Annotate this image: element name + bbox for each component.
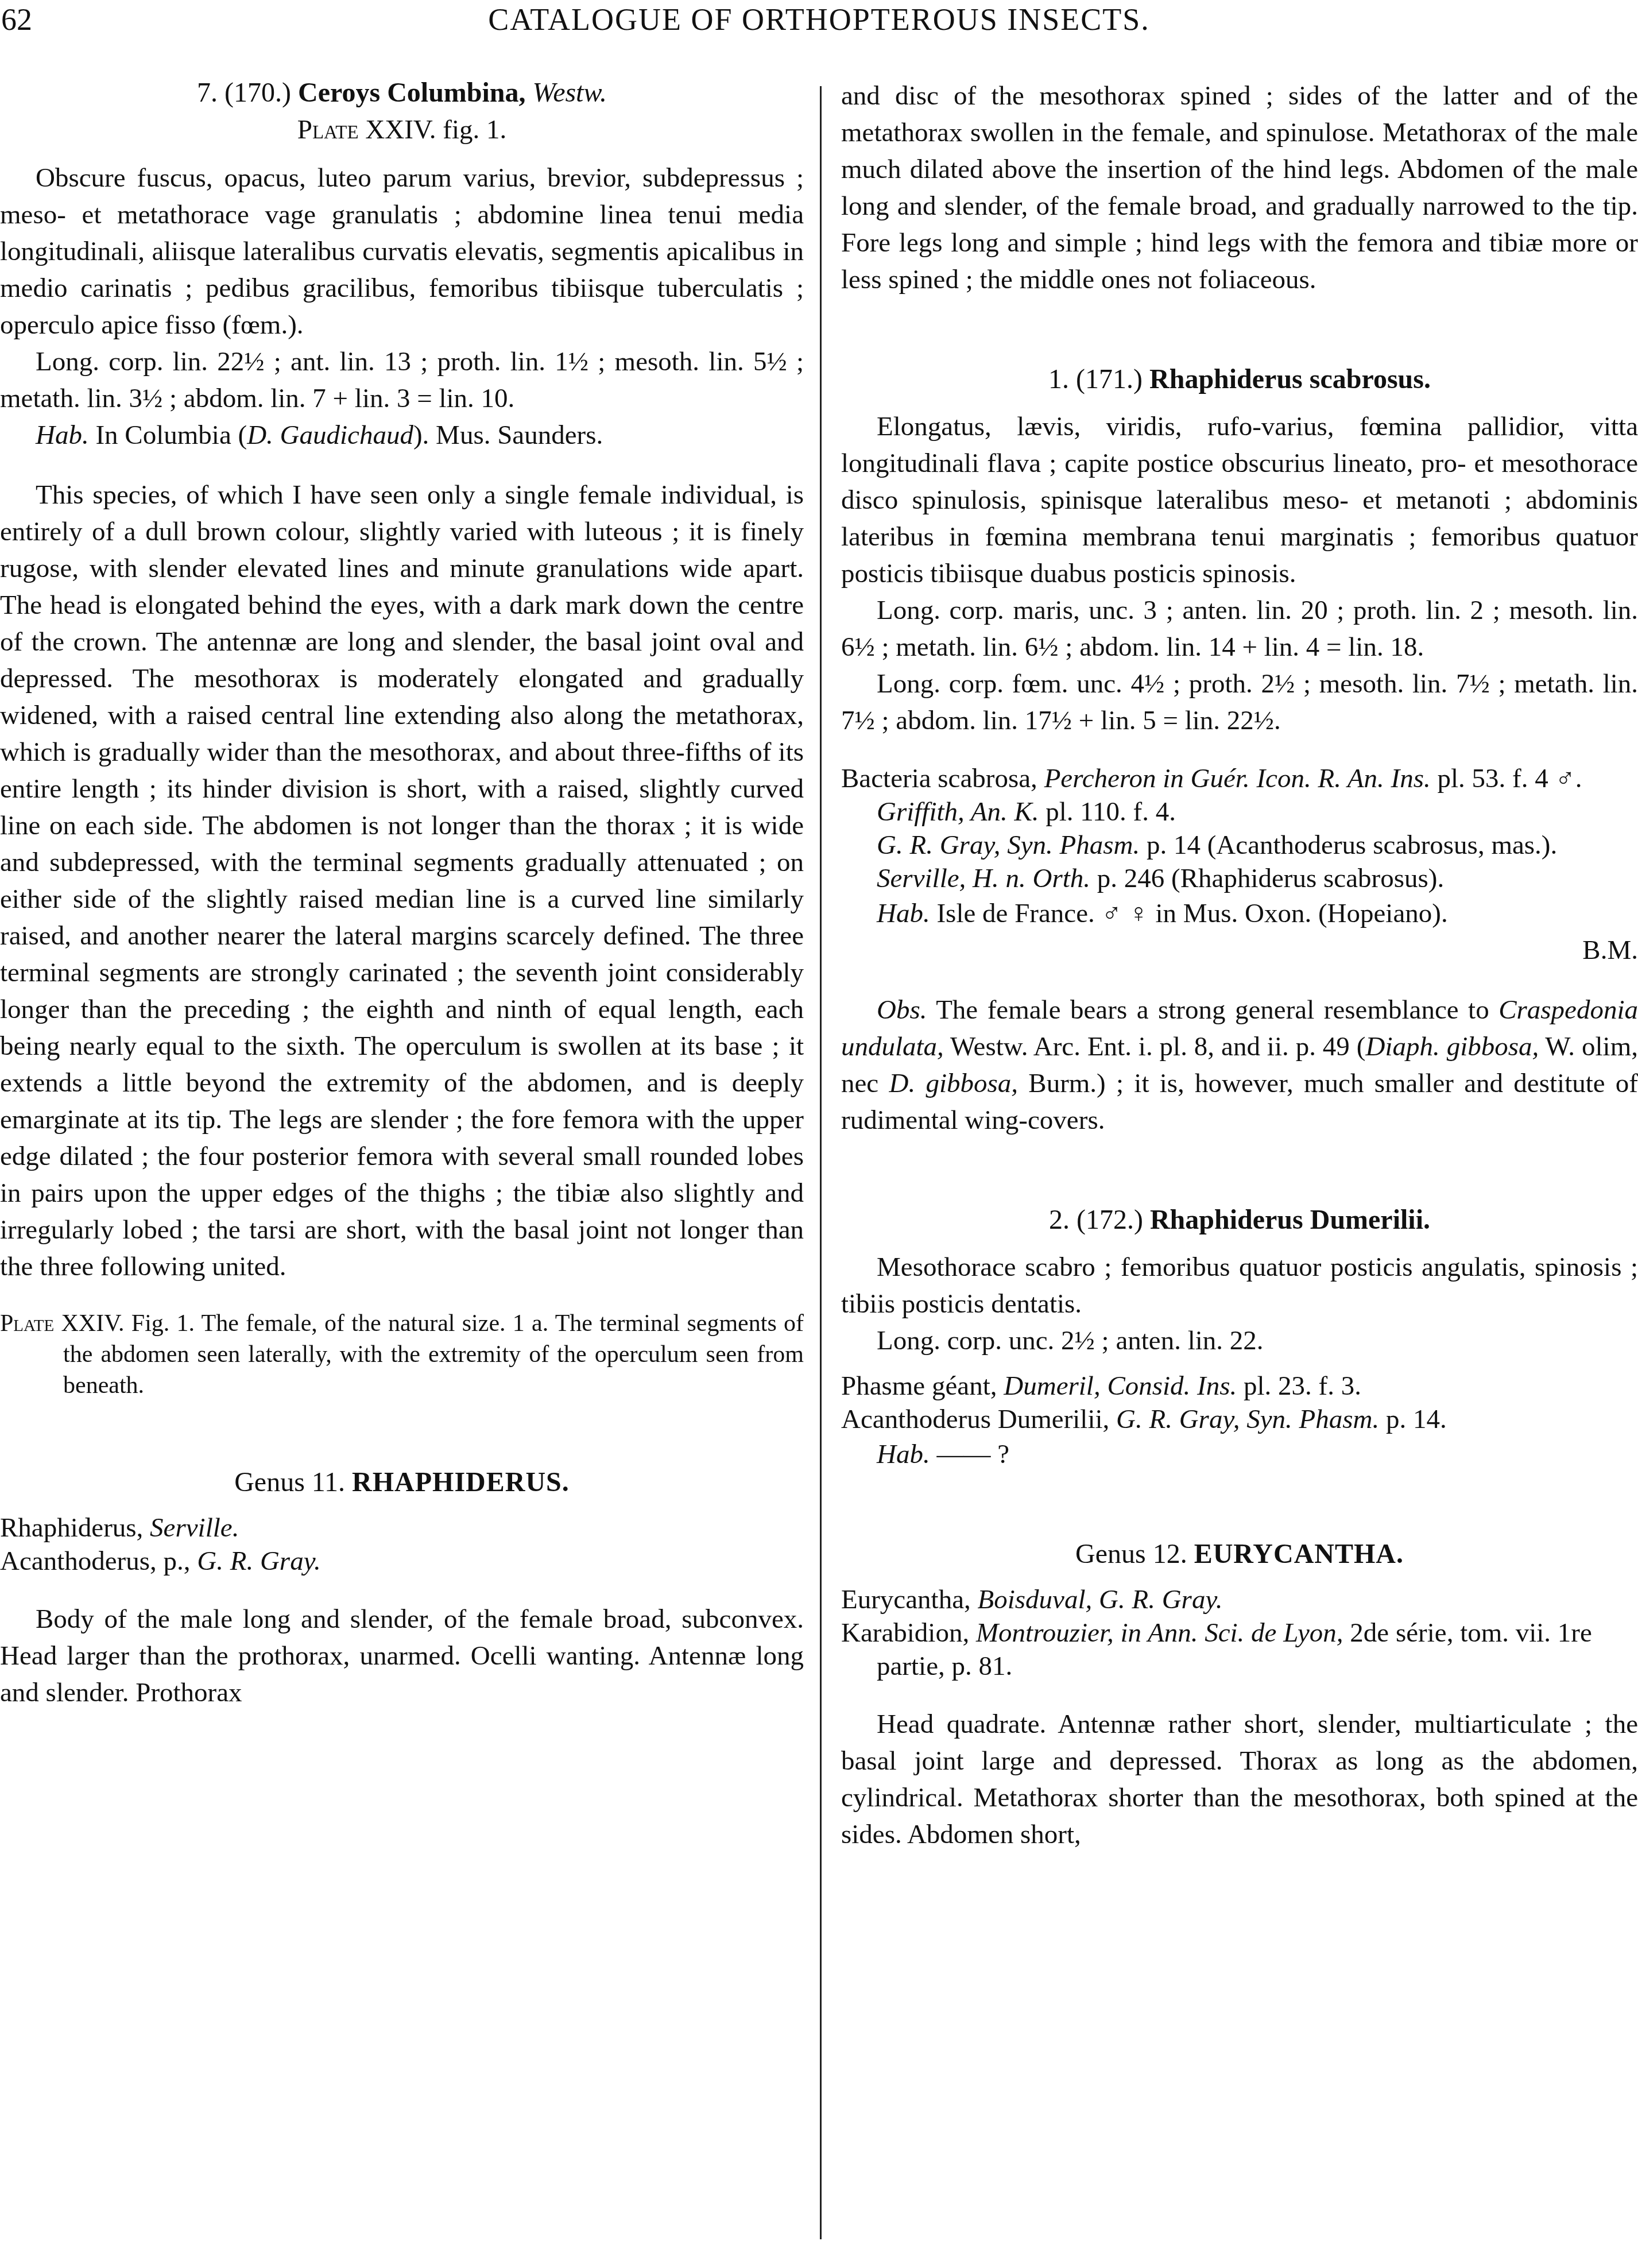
synonym-line: Rhaphiderus, Serville. [0, 1511, 804, 1545]
species-172-heading: 2. (172.) Rhaphiderus Dumerilii. [841, 1202, 1638, 1239]
synonym-ref: Serville, H. n. Orth. [877, 864, 1090, 893]
species-170-heading: 7. (170.) Ceroys Columbina, Westw. [0, 75, 804, 111]
obs-text: The female bears a strong general resemb… [936, 995, 1489, 1025]
species-author: Westw. [533, 78, 607, 108]
synonym-line: Griffith, An. K. pl. 110. f. 4. [841, 795, 1638, 829]
synonym-author: G. R. Gray. [197, 1546, 320, 1576]
genus-description: Body of the male long and slender, of th… [0, 1601, 804, 1711]
plate-reference: Plate XXIV. fig. 1. [0, 111, 804, 148]
measurements-male: Long. corp. maris, unc. 3 ; anten. lin. … [841, 592, 1638, 665]
genus-description: Head quadrate. Antennæ rather short, sle… [841, 1706, 1638, 1853]
synonym-author: Serville. [150, 1513, 239, 1543]
latin-description: Mesothorace scabro ; femoribus quatuor p… [841, 1249, 1638, 1322]
habitat-label: Hab. [36, 420, 89, 450]
species-171-heading: 1. (171.) Rhaphiderus scabrosus. [841, 361, 1638, 398]
synonym-ref: Dumeril, Consid. Ins. [1004, 1371, 1237, 1401]
synonym-name: Phasme géant, [841, 1371, 997, 1401]
synonym-line: G. R. Gray, Syn. Phasm. p. 14 (Acanthode… [841, 829, 1638, 862]
running-head: CATALOGUE OF ORTHOPTEROUS INSECTS. [0, 2, 1638, 37]
habitat: Hab. In Columbia (D. Gaudichaud). Mus. S… [0, 417, 804, 454]
habitat-label: Hab. [877, 899, 930, 928]
synonym-ref: G. R. Gray, Syn. Phasm. [1116, 1404, 1379, 1434]
genus-12-heading: Genus 12. EURYCANTHA. [841, 1536, 1638, 1573]
species-name: Ceroys Columbina, [298, 78, 526, 108]
genus-description-continued: and disc of the mesothorax spined ; side… [841, 78, 1638, 298]
synonym-line: Phasme géant, Dumeril, Consid. Ins. pl. … [841, 1369, 1638, 1403]
observation: Obs. The female bears a strong general r… [841, 992, 1638, 1139]
species-number: 1. (171.) [1048, 364, 1143, 394]
description-paragraph: This species, of which I have seen only … [0, 477, 804, 1285]
synonym-line: Eurycantha, Boisduval, G. R. Gray. [841, 1583, 1638, 1616]
synonym-tail: pl. 110. f. 4. [1045, 797, 1176, 827]
synonym-line: Serville, H. n. Orth. p. 246 (Rhaphideru… [841, 862, 1638, 895]
genus-11-heading: Genus 11. RHAPHIDERUS. [0, 1464, 804, 1501]
obs-synonym: Diaph. gibbosa, [1365, 1032, 1539, 1062]
plate-caption-label: Plate [0, 1310, 54, 1337]
plate-ref: XXIV. fig. 1. [365, 115, 506, 145]
genus-prefix: Genus 11. [234, 1467, 345, 1497]
measurements-female: Long. corp. fœm. unc. 4½ ; proth. 2½ ; m… [841, 665, 1638, 739]
habitat: Hab. —— ? [841, 1436, 1638, 1473]
habitat-collector: D. Gaudichaud [247, 420, 413, 450]
habitat-text: —— ? [936, 1439, 1009, 1469]
museum-code: B.M. [841, 932, 1638, 969]
synonym-tail: p. 246 (Rhaphiderus scabrosus). [1097, 864, 1444, 893]
latin-description: Elongatus, lævis, viridis, rufo-varius, … [841, 408, 1638, 592]
habitat-end: ). Mus. Saunders. [413, 420, 603, 450]
obs-label: Obs. [877, 995, 927, 1025]
synonym-line: Bacteria scabrosa, Percheron in Guér. Ic… [841, 762, 1638, 795]
plate-label: Plate [297, 115, 359, 145]
habitat-label: Hab. [877, 1439, 930, 1469]
habitat: Hab. Isle de France. ♂ ♀ in Mus. Oxon. (… [841, 895, 1638, 932]
synonym-author: Boisduval, G. R. Gray. [978, 1585, 1223, 1615]
left-column: 7. (170.) Ceroys Columbina, Westw. Plate… [0, 75, 804, 1711]
column-divider [820, 86, 822, 2239]
synonym-tail: p. 14 (Acanthoderus scabrosus, mas.). [1147, 830, 1557, 860]
obs-text: Westw. Arc. Ent. i. pl. 8, and ii. p. 49… [950, 1032, 1365, 1062]
synonym-author: Montrouzier, in Ann. Sci. de Lyon, [976, 1618, 1343, 1648]
synonym-tail: p. 14. [1386, 1404, 1447, 1434]
species-name: Rhaphiderus Dumerilii. [1150, 1205, 1430, 1235]
synonym-name: Acanthoderus, p., [0, 1546, 191, 1576]
synonym-name: Eurycantha, [841, 1585, 971, 1615]
species-number: 7. (170.) [197, 78, 291, 108]
synonym-name: Acanthoderus Dumerilii, [841, 1404, 1109, 1434]
synonym-line: Acanthoderus, p., G. R. Gray. [0, 1545, 804, 1578]
species-number: 2. (172.) [1049, 1205, 1143, 1235]
measurements: Long. corp. lin. 22½ ; ant. lin. 13 ; pr… [0, 343, 804, 417]
genus-name: RHAPHIDERUS. [352, 1467, 570, 1497]
synonym-name: Karabidion, [841, 1618, 969, 1648]
plate-caption: Plate XXIV. Fig. 1. The female, of the n… [0, 1308, 804, 1401]
synonym-tail: pl. 23. f. 3. [1244, 1371, 1361, 1401]
synonym-ref: G. R. Gray, Syn. Phasm. [877, 830, 1140, 860]
synonym-ref: Percheron in Guér. Icon. R. An. Ins. [1044, 764, 1431, 794]
genus-prefix: Genus 12. [1075, 1539, 1187, 1569]
synonym-name: Rhaphiderus, [0, 1513, 143, 1543]
synonym-line: Acanthoderus Dumerilii, G. R. Gray, Syn.… [841, 1403, 1638, 1436]
habitat-text: Isle de France. ♂ ♀ in Mus. Oxon. (Hopei… [936, 899, 1447, 928]
synonym-name: Bacteria scabrosa, [841, 764, 1037, 794]
right-column: and disc of the mesothorax spined ; side… [841, 78, 1638, 1853]
latin-description: Obscure fuscus, opacus, luteo parum vari… [0, 160, 804, 343]
species-name: Rhaphiderus scabrosus. [1149, 364, 1431, 394]
measurements: Long. corp. unc. 2½ ; anten. lin. 22. [841, 1322, 1638, 1359]
genus-name: EURYCANTHA. [1194, 1539, 1404, 1569]
synonym-line: Karabidion, Montrouzier, in Ann. Sci. de… [841, 1616, 1638, 1683]
plate-caption-text: XXIV. Fig. 1. The female, of the natural… [61, 1310, 804, 1399]
obs-synonym: D. gibbosa, [889, 1069, 1019, 1098]
synonym-tail: pl. 53. f. 4 ♂. [1437, 764, 1582, 794]
synonym-ref: Griffith, An. K. [877, 797, 1039, 827]
habitat-text: In Columbia ( [95, 420, 247, 450]
